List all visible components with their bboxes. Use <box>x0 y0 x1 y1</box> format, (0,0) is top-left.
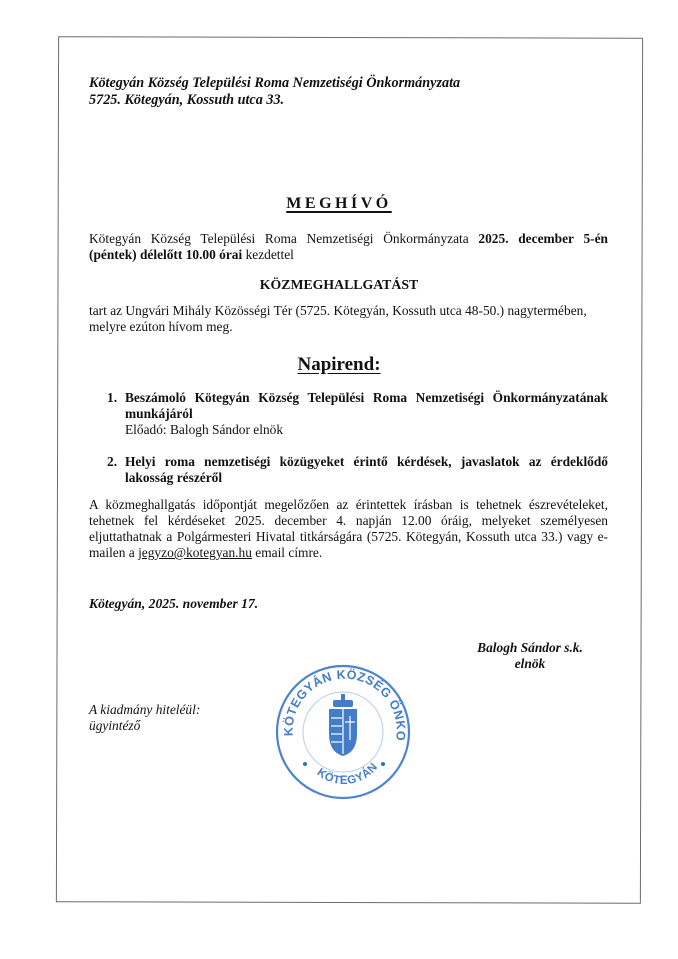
notice-paragraph: A közmeghallgatás időpontját megelőzően … <box>89 497 608 561</box>
agenda-item-number: 1. <box>107 390 117 406</box>
official-stamp: KÖTEGYÁN KÖZSÉG ÖNKORMÁNYZATA KÖTEGYÁN <box>253 656 433 806</box>
intro-text-end: kezdettel <box>242 247 294 262</box>
agenda-item-title: Beszámoló Kötegyán Község Települési Rom… <box>125 390 608 422</box>
agenda-item: 1. Beszámoló Kötegyán Község Települési … <box>107 390 608 438</box>
letterhead: Kötegyán Község Települési Roma Nemzetis… <box>89 75 460 109</box>
agenda-item: 2. Helyi roma nemzetiségi közügyeket éri… <box>107 454 608 486</box>
letterhead-address: 5725. Kötegyán, Kossuth utca 33. <box>89 92 460 109</box>
event-heading: KÖZMEGHALLGATÁST <box>0 277 678 293</box>
agenda-item-presenter: Előadó: Balogh Sándor elnök <box>125 422 608 438</box>
email-link[interactable]: jegyzo@kotegyan.hu <box>138 545 252 560</box>
venue-paragraph: tart az Ungvári Mihály Közösségi Tér (57… <box>89 303 608 335</box>
stamp-icon: KÖTEGYÁN KÖZSÉG ÖNKORMÁNYZATA KÖTEGYÁN <box>253 656 433 806</box>
place-and-date: Kötegyán, 2025. november 17. <box>89 596 258 612</box>
authentication-block: A kiadmány hiteléül: ügyintéző <box>89 702 200 734</box>
authentication-role: ügyintéző <box>89 718 200 734</box>
coat-of-arms-icon <box>329 694 357 756</box>
signer-name: Balogh Sándor s.k. <box>430 640 630 656</box>
letterhead-organization: Kötegyán Község Települési Roma Nemzetis… <box>89 75 460 92</box>
authentication-label: A kiadmány hiteléül: <box>89 702 200 718</box>
signature-block: Balogh Sándor s.k. elnök <box>430 640 630 672</box>
intro-paragraph: Kötegyán Község Települési Roma Nemzetis… <box>89 231 608 263</box>
agenda-heading: Napirend: <box>0 354 678 376</box>
document-title: MEGHÍVÓ <box>0 195 678 213</box>
svg-text:KÖTEGYÁN: KÖTEGYÁN <box>315 761 381 787</box>
agenda-item-title: Helyi roma nemzetiségi közügyeket érintő… <box>125 454 608 486</box>
notice-text-end: email címre. <box>252 545 322 560</box>
intro-text: Kötegyán Község Települési Roma Nemzetis… <box>89 231 478 246</box>
signer-role: elnök <box>430 656 630 672</box>
agenda-item-number: 2. <box>107 454 117 470</box>
